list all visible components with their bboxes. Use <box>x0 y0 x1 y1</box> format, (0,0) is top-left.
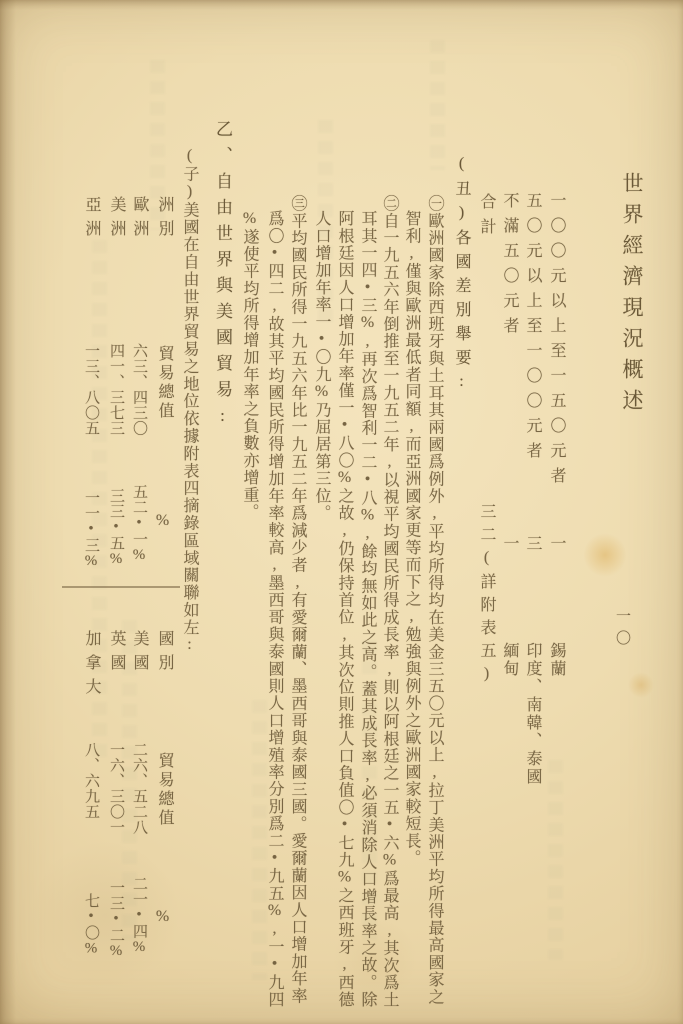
trade-intro-line: (子)美國在自由世界貿易之地位依據附表四摘錄區域關聯如左: <box>178 147 201 655</box>
page-number: 一〇 <box>612 608 633 652</box>
region-row-value: 四一、三七三 <box>106 343 127 436</box>
page-title: 世界經濟現況概述 <box>617 172 647 420</box>
paper-edge-shadow-left <box>0 0 16 1024</box>
income-bracket-count: 一 <box>545 535 568 560</box>
region-row-name: 歐洲 <box>128 196 151 244</box>
bleed-through-text <box>430 40 445 170</box>
paragraph-line: 人口增加年率一•〇九%乃屈居第三位。 <box>310 210 333 522</box>
bleed-through-text <box>548 760 563 960</box>
region-row-pct: 一一•三% <box>81 490 102 570</box>
paragraph-line: 智利,僅與歐洲最低者同額,而亞洲國家更等而下之,勉強與例外之歐洲國家較短長。 <box>400 210 423 867</box>
country-row-pct: 七•〇% <box>81 893 102 957</box>
paper-stain <box>584 532 626 578</box>
country-row-name: 加拿大 <box>80 630 103 702</box>
income-bracket-label: 不滿五〇元者 <box>498 192 521 342</box>
paragraph-line: 阿根廷因人口增加年率僅一•八〇%之故,仍保持首位,其次位則推人口負值〇•七九%之… <box>333 210 356 1008</box>
country-row-name: 美國 <box>128 630 151 678</box>
country-row-value: 八、六九五 <box>81 742 102 820</box>
income-total-label: 合計 <box>475 193 498 243</box>
income-bracket-countries: 錫蘭 <box>545 642 568 678</box>
region-row-pct: 五二•一% <box>129 484 150 564</box>
paragraph-line: ㊁自一九五六年倒推至一九五二年,以視平均國民所得成長率,則以阿根廷之一五•六%爲… <box>378 195 401 1008</box>
table-divider-line <box>62 586 180 588</box>
section-heading-yi: 乙、自由世界與美國貿易: <box>210 120 235 434</box>
region-table-header-name: 洲別 <box>153 196 176 244</box>
income-bracket-count: 三 <box>521 535 544 560</box>
income-bracket-count: 一 <box>498 535 521 560</box>
region-row-pct: 三三•五% <box>106 488 127 568</box>
region-table-header-pct: % <box>153 512 171 532</box>
paragraph-line: ㊀歐洲國家除西班牙與土耳其兩國爲例外,平均所得均在美金三五〇元以上,拉丁美洲平均… <box>423 195 446 1005</box>
paper-stain <box>628 672 654 698</box>
country-row-name: 英國 <box>105 630 128 678</box>
region-row-name: 亞洲 <box>80 196 103 244</box>
income-bracket-countries: 印度、南韓、泰國 <box>521 642 544 786</box>
scanned-page: 世界經濟現況概述 一〇 一〇〇元以上至一五〇元者 一 錫蘭 五〇元以上至一〇〇元… <box>0 0 683 1024</box>
income-bracket-label: 五〇元以上至一〇〇元者 <box>521 192 544 467</box>
income-total-count: 三二(詳附表五) <box>475 503 498 689</box>
paragraph-line: ㊂平均國民所得一九五六年比一九五二年爲減少者,有愛爾蘭、墨西哥與泰國三國。愛爾蘭… <box>286 195 309 1004</box>
region-row-name: 美洲 <box>105 196 128 244</box>
region-row-value: 六三、四三〇 <box>129 343 150 436</box>
country-row-pct: 一三•二% <box>106 880 127 960</box>
country-row-pct: 二一•四% <box>129 876 150 956</box>
country-table-header-name: 國別 <box>153 630 176 678</box>
income-bracket-countries: 緬甸 <box>498 642 521 678</box>
income-bracket-label: 一〇〇元以上至一五〇元者 <box>545 192 568 492</box>
section-heading-chou: (丑)各國差別舉要: <box>450 155 473 398</box>
region-row-value: 一三、八〇五 <box>81 343 102 436</box>
paragraph-line: 爲〇•四二,故其平均國民所得增加年率較高,墨西哥與泰國則人口增殖率分別爲二•九五… <box>263 210 286 1008</box>
country-row-value: 一六、三〇一 <box>106 742 127 835</box>
country-table-header-pct: % <box>153 908 171 928</box>
country-table-header-value: 貿易總值 <box>153 752 176 828</box>
country-row-value: 二六、五二八 <box>129 742 150 835</box>
paragraph-line: %遂使平均所得增加年率之負數亦增重。 <box>238 210 261 521</box>
region-table-header-value: 貿易總值 <box>153 345 176 421</box>
paragraph-line: 耳其一四•三%,再次爲智利一二•八%,餘均無如此之高。蓋其成長率,必須消除人口增… <box>356 210 379 1008</box>
paper-edge-shadow-top <box>0 0 683 10</box>
